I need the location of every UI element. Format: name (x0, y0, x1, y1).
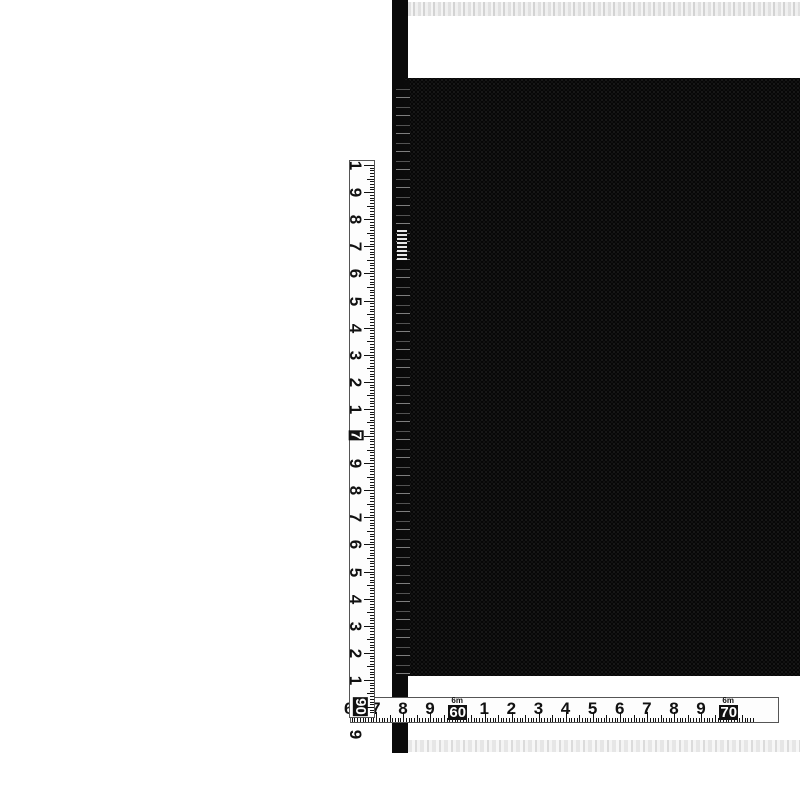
ruler-tick (739, 718, 740, 722)
ruler-tick (364, 653, 374, 654)
ruler-tick (655, 718, 656, 722)
ruler-meter-label: 70 (719, 705, 738, 720)
bottom-page-edge (408, 740, 800, 752)
ruler-tick (367, 368, 374, 369)
ruler-tick (370, 211, 374, 212)
ruler-tick (709, 718, 710, 722)
ruler-tick (370, 249, 374, 250)
ruler-tick (471, 715, 472, 722)
ruler-number: 4 (347, 594, 364, 603)
ruler-tick (604, 718, 605, 722)
ruler-tick (364, 626, 374, 627)
ruler-tick (370, 683, 374, 684)
ruler-unit-label: 6m (451, 696, 463, 705)
ruler-tick (370, 403, 374, 404)
ruler-tick (370, 563, 374, 564)
ruler-tick (370, 661, 374, 662)
ruler-tick (360, 718, 361, 722)
ruler-tick (367, 558, 374, 559)
ruler-tick (370, 702, 374, 703)
ruler-tick (370, 685, 374, 686)
ruler-tick (370, 263, 374, 264)
ruler-tick (558, 718, 559, 722)
ruler-tick (370, 311, 374, 312)
ruler-number: 6 (615, 700, 624, 717)
ruler-tick (364, 355, 374, 356)
ruler-tick (590, 718, 591, 722)
ruler-tick (367, 179, 374, 180)
ruler-tick (370, 168, 374, 169)
ruler-tick (364, 219, 374, 220)
ruler-tick (370, 704, 374, 705)
ruler-unit-label: 6m (722, 696, 734, 705)
ruler-tick (436, 718, 437, 722)
ruler-tick (644, 718, 645, 722)
ruler-tick (487, 718, 488, 722)
ruler-tick (411, 718, 412, 722)
ruler-tick (707, 718, 708, 722)
ruler-tick (370, 225, 374, 226)
ruler-tick (482, 718, 483, 722)
ruler-tick (447, 718, 448, 722)
ruler-tick (370, 634, 374, 635)
ruler-tick (370, 642, 374, 643)
ruler-tick (370, 428, 374, 429)
ruler-tick (533, 718, 534, 722)
ruler-tick (370, 447, 374, 448)
ruler-tick (370, 371, 374, 372)
ruler-tick (367, 450, 374, 451)
ruler-tick (579, 715, 580, 722)
ruler-tick (547, 718, 548, 722)
ruler-tick (419, 718, 420, 722)
ruler-tick (370, 593, 374, 594)
ruler-tick (577, 718, 578, 722)
ruler-tick (370, 669, 374, 670)
ruler-tick (370, 615, 374, 616)
ruler-tick (367, 314, 374, 315)
ruler-tick (623, 718, 624, 722)
ruler-tick (364, 301, 374, 302)
ruler-tick (370, 376, 374, 377)
ruler-tick (712, 718, 713, 722)
ruler-tick (364, 680, 374, 681)
ruler-tick (495, 718, 496, 722)
ruler-number: 1 (347, 161, 364, 170)
ruler-tick (479, 718, 480, 722)
ruler-tick (563, 718, 564, 722)
ruler-number: 9 (696, 700, 705, 717)
ruler-tick (536, 718, 537, 722)
ruler-tick (365, 718, 366, 722)
book-spine-edge (396, 80, 410, 676)
ruler-tick (370, 214, 374, 215)
ruler-tick (370, 664, 374, 665)
ruler-tick (522, 718, 523, 722)
ruler-tick (364, 436, 374, 437)
ruler-tick (606, 715, 607, 722)
ruler-tick (370, 672, 374, 673)
ruler-tick (367, 287, 374, 288)
ruler-tick (370, 203, 374, 204)
ruler-tick (503, 718, 504, 722)
ruler-tick (370, 588, 374, 589)
ruler-tick (370, 420, 374, 421)
ruler-tick (417, 715, 418, 722)
ruler-tick (370, 515, 374, 516)
ruler-tick (370, 650, 374, 651)
ruler-tick (398, 718, 399, 722)
ruler-tick (370, 317, 374, 318)
ruler-tick (370, 696, 374, 697)
ruler-tick (615, 718, 616, 722)
vertical-ruler: 19876543217987654321909 (349, 160, 375, 718)
ruler-tick (699, 718, 700, 722)
ruler-tick (370, 352, 374, 353)
ruler-tick (693, 718, 694, 722)
ruler-tick (628, 718, 629, 722)
ruler-tick (367, 693, 374, 694)
ruler-tick (370, 363, 374, 364)
ruler-tick (677, 718, 678, 722)
ruler-tick (414, 718, 415, 722)
ruler-tick (370, 393, 374, 394)
ruler-tick (370, 569, 374, 570)
ruler-tick (550, 718, 551, 722)
ruler-tick (370, 509, 374, 510)
ruler-number: 4 (347, 323, 364, 332)
ruler-tick (379, 718, 380, 722)
ruler-tick (373, 718, 374, 722)
ruler-tick (718, 718, 719, 722)
ruler-tick (364, 517, 374, 518)
ruler-tick (370, 344, 374, 345)
ruler-number: 3 (347, 350, 364, 359)
top-page-edge (408, 2, 800, 16)
ruler-tick (682, 718, 683, 722)
ruler-tick (715, 715, 716, 722)
ruler-tick (370, 268, 374, 269)
ruler-tick (370, 282, 374, 283)
ruler-tick (704, 718, 705, 722)
ruler-tick (368, 718, 369, 722)
ruler-tick (367, 477, 374, 478)
ruler-number: 9 (347, 459, 364, 468)
ruler-tick (370, 699, 374, 700)
ruler-tick (370, 265, 374, 266)
ruler-tick (382, 718, 383, 722)
ruler-tick (671, 718, 672, 722)
ruler-tick (370, 677, 374, 678)
ruler-tick (370, 452, 374, 453)
ruler-tick (367, 395, 374, 396)
ruler-tick (569, 718, 570, 722)
ruler-tick (690, 718, 691, 722)
ruler-tick (370, 406, 374, 407)
ruler-tick (395, 718, 396, 722)
ruler-tick (370, 198, 374, 199)
ruler-tick (468, 718, 469, 722)
ruler-tick (370, 398, 374, 399)
ruler-tick (370, 604, 374, 605)
ruler-tick (476, 718, 477, 722)
ruler-tick (441, 718, 442, 722)
ruler-tick (370, 577, 374, 578)
ruler-tick (370, 387, 374, 388)
ruler-tick (428, 718, 429, 722)
ruler-number: 3 (534, 700, 543, 717)
ruler-tick (367, 531, 374, 532)
ruler-number: 1 (347, 405, 364, 414)
ruler-tick (364, 192, 374, 193)
ruler-tick (742, 715, 743, 722)
ruler-tick (370, 623, 374, 624)
ruler-tick (506, 718, 507, 722)
ruler-tick (560, 718, 561, 722)
ruler-tick (370, 487, 374, 488)
ruler-tick (370, 574, 374, 575)
ruler-tick (367, 612, 374, 613)
ruler-number: 5 (347, 567, 364, 576)
ruler-tick (370, 360, 374, 361)
ruler-tick (370, 439, 374, 440)
ruler-tick (370, 485, 374, 486)
ruler-tick (370, 254, 374, 255)
ruler-tick (653, 718, 654, 722)
ruler-tick (370, 466, 374, 467)
ruler-number: 3 (347, 621, 364, 630)
ruler-tick (663, 718, 664, 722)
ruler-tick (370, 216, 374, 217)
ruler-tick (574, 718, 575, 722)
ruler-tick (392, 718, 393, 722)
ruler-tick (370, 284, 374, 285)
ruler-tick (501, 718, 502, 722)
ruler-tick (409, 718, 410, 722)
ruler-tick (642, 718, 643, 722)
ruler-tick (406, 718, 407, 722)
ruler-tick (696, 718, 697, 722)
ruler-number: 6 (347, 269, 364, 278)
ruler-tick (370, 238, 374, 239)
ruler-tick (387, 718, 388, 722)
ruler-tick (639, 718, 640, 722)
ruler-tick (370, 187, 374, 188)
ruler-tick (528, 718, 529, 722)
ruler-tick (370, 235, 374, 236)
ruler-tick (370, 656, 374, 657)
ruler-tick (438, 718, 439, 722)
ruler-tick (370, 631, 374, 632)
horizontal-ruler: 6789606m123456789706m (350, 697, 779, 723)
ruler-tick (370, 539, 374, 540)
ruler-tick (370, 306, 374, 307)
ruler-tick (541, 718, 542, 722)
ruler-tick (370, 298, 374, 299)
ruler-tick (370, 333, 374, 334)
ruler-number: 1 (480, 700, 489, 717)
ruler-tick (520, 718, 521, 722)
ruler-tick (370, 547, 374, 548)
ruler-tick (370, 688, 374, 689)
ruler-tick (364, 599, 374, 600)
ruler-tick (370, 493, 374, 494)
ruler-tick (367, 260, 374, 261)
ruler-number: 1 (347, 676, 364, 685)
ruler-tick (370, 534, 374, 535)
ruler-tick (370, 555, 374, 556)
ruler-tick (367, 206, 374, 207)
ruler-tick (370, 412, 374, 413)
ruler-tick (370, 357, 374, 358)
ruler-tick (367, 504, 374, 505)
ruler-tick (370, 417, 374, 418)
ruler-number: 8 (347, 215, 364, 224)
ruler-tick (370, 347, 374, 348)
ruler-tick (367, 422, 374, 423)
ruler-tick (370, 176, 374, 177)
ruler-tick (666, 718, 667, 722)
ruler-tick (587, 718, 588, 722)
ruler-tick (370, 496, 374, 497)
ruler-tick (370, 471, 374, 472)
ruler-number: 8 (669, 700, 678, 717)
ruler-tick (370, 580, 374, 581)
ruler-tick (370, 582, 374, 583)
ruler-tick (370, 712, 374, 713)
ruler-tick (390, 715, 391, 722)
ruler-tick (370, 401, 374, 402)
ruler-tick (370, 444, 374, 445)
ruler-tick (688, 715, 689, 722)
ruler-number: 6 (347, 540, 364, 549)
ruler-tick (625, 718, 626, 722)
ruler-tick (370, 455, 374, 456)
ruler-tick (364, 328, 374, 329)
ruler-tick (753, 718, 754, 722)
ruler-tick (490, 718, 491, 722)
ruler-number: 8 (398, 700, 407, 717)
ruler-tick (364, 273, 374, 274)
ruler-meter-label: 7 (349, 430, 364, 440)
ruler-tick (370, 528, 374, 529)
ruler-tick (370, 647, 374, 648)
ruler-tick (433, 718, 434, 722)
ruler-number: 8 (347, 486, 364, 495)
ruler-tick (364, 165, 374, 166)
ruler-tick (585, 718, 586, 722)
ruler-tick (370, 414, 374, 415)
ruler-tick (370, 542, 374, 543)
ruler-tick (596, 718, 597, 722)
ruler-tick (370, 506, 374, 507)
ruler-tick (745, 718, 746, 722)
ruler-tick (370, 336, 374, 337)
ruler-tick (370, 601, 374, 602)
ruler-tick (370, 227, 374, 228)
ruler-tick (367, 666, 374, 667)
ruler-number: 2 (507, 700, 516, 717)
ruler-tick (571, 718, 572, 722)
ruler-number: 7 (347, 242, 364, 251)
book-cover (404, 78, 800, 676)
ruler-tick (370, 184, 374, 185)
ruler-tick (352, 718, 353, 722)
ruler-tick (370, 561, 374, 562)
ruler-tick (370, 520, 374, 521)
ruler-tick (525, 715, 526, 722)
ruler-tick (370, 460, 374, 461)
ruler-meter-label: 60 (448, 705, 467, 720)
ruler-tick (634, 715, 635, 722)
ruler-tick (493, 718, 494, 722)
ruler-tick (370, 482, 374, 483)
ruler-tick (747, 718, 748, 722)
ruler-tick (354, 718, 355, 722)
ruler-number: 5 (588, 700, 597, 717)
ruler-tick (367, 233, 374, 234)
ruler-tick (370, 710, 374, 711)
ruler-tick (370, 618, 374, 619)
ruler-tick (370, 390, 374, 391)
ruler-tick (370, 550, 374, 551)
ruler-tick (371, 718, 372, 722)
ruler-tick (370, 170, 374, 171)
ruler-tick (370, 628, 374, 629)
ruler-tick (370, 244, 374, 245)
ruler-tick (370, 379, 374, 380)
ruler-tick (370, 385, 374, 386)
ruler-tick (370, 271, 374, 272)
ruler-tick (370, 208, 374, 209)
ruler-tick (370, 553, 374, 554)
ruler-tick (364, 382, 374, 383)
ruler-tick (552, 715, 553, 722)
ruler-tick (370, 241, 374, 242)
ruler-tick (370, 189, 374, 190)
ruler-tick (370, 674, 374, 675)
ruler-tick (364, 409, 374, 410)
ruler-tick (370, 431, 374, 432)
ruler-tick (609, 718, 610, 722)
ruler-tick (370, 523, 374, 524)
ruler-tick (370, 303, 374, 304)
ruler-tick (364, 572, 374, 573)
ruler-tick (357, 718, 358, 722)
ruler-number: 9 (347, 188, 364, 197)
ruler-tick (370, 566, 374, 567)
ruler-tick (370, 319, 374, 320)
ruler-tick (370, 292, 374, 293)
ruler-number: 9 (347, 730, 364, 739)
ruler-tick (370, 195, 374, 196)
ruler-tick (601, 718, 602, 722)
spine-marks (397, 230, 407, 260)
ruler-tick (370, 658, 374, 659)
ruler-tick (370, 441, 374, 442)
ruler-tick (370, 325, 374, 326)
ruler-number: 9 (425, 700, 434, 717)
ruler-tick (509, 718, 510, 722)
ruler-tick (750, 718, 751, 722)
ruler-meter-label: 90 (353, 697, 368, 716)
ruler-tick (370, 609, 374, 610)
ruler-tick (514, 718, 515, 722)
ruler-tick (636, 718, 637, 722)
ruler-tick (650, 718, 651, 722)
ruler-tick (370, 590, 374, 591)
ruler-tick (370, 474, 374, 475)
